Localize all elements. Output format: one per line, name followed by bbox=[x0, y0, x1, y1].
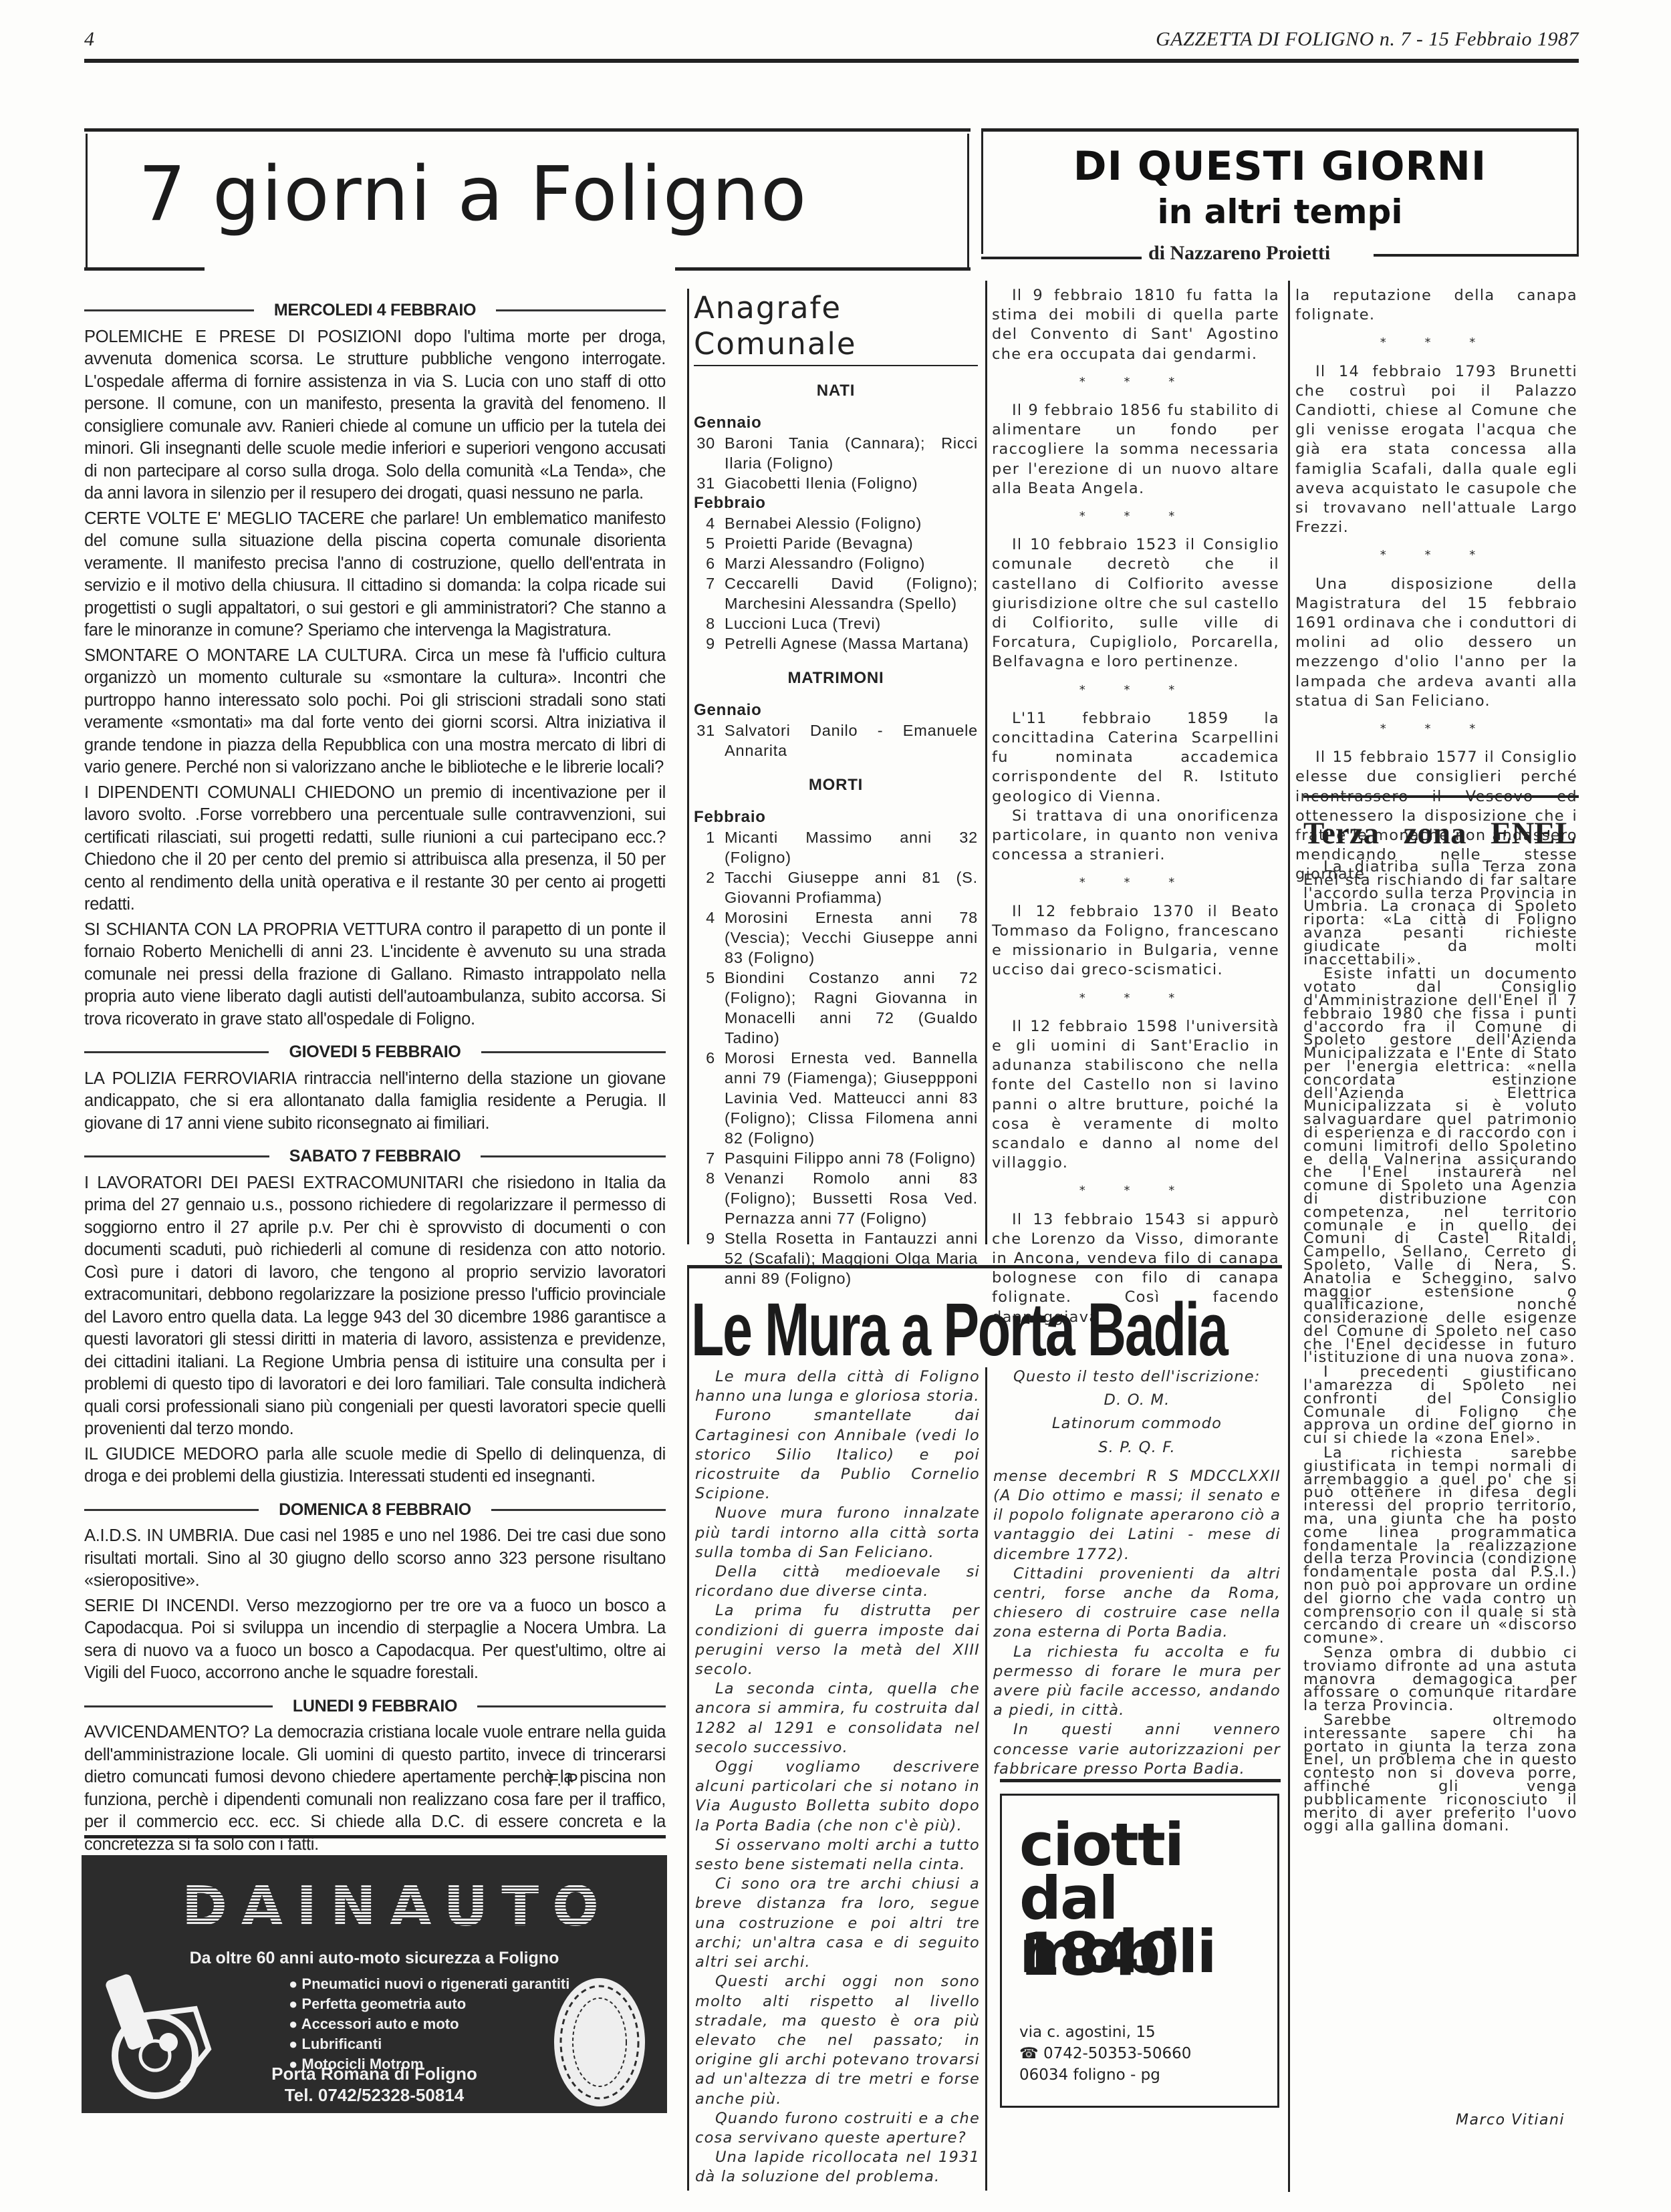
news-item: SMONTARE O MONTARE LA CULTURA. Circa un … bbox=[84, 645, 666, 779]
month-label: Gennaio bbox=[694, 413, 978, 433]
anagrafe-section: Anagrafe Comunale NATI Gennaio 30Baroni … bbox=[694, 290, 978, 1288]
ciotti-phone-line: ☎ 0742-50353-50660 bbox=[1019, 2043, 1191, 2064]
enel-body: La diatriba sulla Terza zona Enel sta ri… bbox=[1303, 861, 1577, 1834]
dq-entry: Il 9 febbraio 1810 fu fatta la stima dei… bbox=[992, 286, 1279, 364]
death-entry: 5Biondini Costanzo anni 72 (Foligno); Ra… bbox=[694, 968, 978, 1048]
nati-heading: NATI bbox=[694, 381, 978, 401]
ciotti-city: 06034 foligno - pg bbox=[1019, 2064, 1191, 2086]
separator: * * * bbox=[992, 873, 1279, 892]
sette-giorni-title: 7 giorni a Foligno bbox=[138, 151, 807, 238]
day-heading: LUNEDI 9 FEBBRAIO bbox=[84, 1695, 666, 1718]
dainauto-logo: DAINAUTO bbox=[182, 1875, 612, 1939]
dq-entry: Il 10 febbraio 1523 il Consiglio comunal… bbox=[992, 535, 1279, 672]
sette-giorni-signature: F. P bbox=[548, 1770, 578, 1790]
day-heading: MERCOLEDI 4 FEBBRAIO bbox=[84, 299, 666, 322]
tire-icon bbox=[549, 1975, 650, 2109]
dq-title-line2: in altri tempi bbox=[983, 192, 1577, 231]
dainauto-tagline: Da oltre 60 anni auto-moto sicurezza a F… bbox=[82, 1949, 667, 1968]
day-heading: GIOVEDI 5 FEBBRAIO bbox=[84, 1041, 666, 1064]
dainauto-services-list: ● Pneumatici nuovi o rigenerati garantit… bbox=[289, 1975, 569, 2073]
death-entry: 6Morosi Ernesta ved. Bannella anni 79 (F… bbox=[694, 1048, 978, 1148]
mura-column-1: Le mura della città di Foligno hanno una… bbox=[695, 1367, 980, 2187]
dq-entry: Si trattava di una onorificenza particol… bbox=[992, 807, 1279, 865]
dq-continuation: la reputazione della canapa folignate. bbox=[1295, 286, 1577, 325]
dq-entry: Il 9 febbraio 1856 fu stabilito di alime… bbox=[992, 401, 1279, 499]
birth-entry: 4Bernabei Alessio (Foligno) bbox=[694, 513, 978, 533]
month-label: Gennaio bbox=[694, 700, 978, 720]
enel-title: Terza zona ENEL bbox=[1303, 815, 1576, 851]
death-entry: 4Morosini Ernesta anni 78 (Vescia); Vecc… bbox=[694, 908, 978, 968]
inscription-line: D. O. M. bbox=[993, 1391, 1281, 1410]
column-rule-right bbox=[1288, 281, 1290, 2192]
enel-author: Marco Vitiani bbox=[1456, 2112, 1565, 2128]
ciotti-line3: mobili bbox=[1019, 1924, 1216, 1980]
death-entry: 2Tacchi Giuseppe anni 81 (S. Giovanni Pr… bbox=[694, 867, 978, 908]
inscription-line: S. P. Q. F. bbox=[993, 1438, 1281, 1458]
matrimoni-heading: MATRIMONI bbox=[694, 668, 978, 688]
birth-entry: 31Giacobetti Ilenia (Foligno) bbox=[694, 473, 978, 493]
dq-title-line1: DI QUESTI GIORNI bbox=[983, 143, 1577, 190]
service-item: ● Lubrificanti bbox=[289, 2036, 569, 2053]
dainauto-ad[interactable]: DAINAUTO Da oltre 60 anni auto-moto sicu… bbox=[82, 1855, 667, 2113]
sette-giorni-title-box: 7 giorni a Foligno bbox=[86, 134, 969, 267]
page-number: 4 bbox=[84, 28, 94, 51]
dq-column-1: Il 9 febbraio 1810 fu fatta la stima dei… bbox=[992, 286, 1279, 1327]
column-rule-anagrafe-left bbox=[687, 289, 689, 1244]
news-item: I DIPENDENTI COMUNALI CHIEDONO un premio… bbox=[84, 782, 666, 916]
ciotti-ad[interactable]: ciotti dal 1840 mobili via c. agostini, … bbox=[1000, 1794, 1279, 2108]
ad-top-rule bbox=[84, 1835, 666, 1838]
separator: * * * bbox=[1295, 545, 1577, 565]
telephone-icon: ☎ bbox=[1019, 2045, 1043, 2062]
sette-giorni-body: MERCOLEDI 4 FEBBRAIO POLEMICHE E PRESE D… bbox=[84, 289, 666, 1858]
publication-header: GAZZETTA DI FOLIGNO n. 7 - 15 Febbraio 1… bbox=[1156, 28, 1579, 51]
news-item: I LAVORATORI DEI PAESI EXTRACOMUNITARI c… bbox=[84, 1172, 666, 1441]
separator: * * * bbox=[1295, 333, 1577, 352]
birth-entry: 8Luccioni Luca (Trevi) bbox=[694, 613, 978, 634]
column-rule-dq-left bbox=[985, 281, 987, 1244]
death-entry: 9Stella Rosetta in Fantauzzi anni 52 (Sc… bbox=[694, 1228, 978, 1288]
news-item: LA POLIZIA FERROVIARIA rintraccia nell'i… bbox=[84, 1068, 666, 1135]
news-item: POLEMICHE E PRESE DI POSIZIONI dopo l'ul… bbox=[84, 326, 666, 505]
birth-entry: 5Proietti Paride (Bevagna) bbox=[694, 533, 978, 553]
morti-heading: MORTI bbox=[694, 775, 978, 795]
mura-top-rule bbox=[687, 1265, 1282, 1268]
birth-entry: 6Marzi Alessandro (Foligno) bbox=[694, 553, 978, 573]
enel-top-rule bbox=[1303, 795, 1579, 798]
inscription-line: Latinorum commodo bbox=[993, 1414, 1281, 1433]
service-item: ● Pneumatici nuovi o rigenerati garantit… bbox=[289, 1975, 569, 1993]
dq-entry: Il 14 febbraio 1793 Brunetti che costruì… bbox=[1295, 362, 1577, 538]
dq-entry: L'11 febbraio 1859 la concittadina Cater… bbox=[992, 709, 1279, 807]
title-top-rule bbox=[84, 128, 971, 132]
marriage-entry: 31Salvatori Danilo - Emanuele Annarita bbox=[694, 720, 978, 761]
news-item: IL GIUDICE MEDORO parla alle scuole medi… bbox=[84, 1443, 666, 1488]
dq-byline: di Nazzareno Proietti bbox=[1148, 242, 1330, 265]
month-label: Febbraio bbox=[694, 807, 978, 827]
ciotti-address: via c. agostini, 15 bbox=[1019, 2022, 1191, 2043]
news-item: SI SCHIANTA CON LA PROPRIA VETTURA contr… bbox=[84, 919, 666, 1031]
birth-entry: 9Petrelli Agnese (Massa Martana) bbox=[694, 634, 978, 654]
service-item: ● Perfetta geometria auto bbox=[289, 1995, 569, 2013]
separator: * * * bbox=[992, 507, 1279, 526]
mura-title: Le Mura a Porta Badia bbox=[691, 1286, 1227, 1373]
mura-rule-mid bbox=[985, 1367, 987, 2191]
month-label: Febbraio bbox=[694, 493, 978, 513]
news-item: CERTE VOLTE E' MEGLIO TACERE che parlare… bbox=[84, 508, 666, 642]
dq-title-box: DI QUESTI GIORNI in altri tempi bbox=[981, 131, 1579, 254]
day-heading: SABATO 7 FEBBRAIO bbox=[84, 1145, 666, 1168]
separator: * * * bbox=[992, 1181, 1279, 1200]
header-rule bbox=[84, 59, 1579, 63]
service-item: ● Accessori auto e moto bbox=[289, 2016, 569, 2033]
mura-column-2: Questo il testo dell'iscrizione: D. O. M… bbox=[993, 1367, 1281, 1779]
dq-entry: Il 12 febbraio 1370 il Beato Tommaso da … bbox=[992, 902, 1279, 980]
news-item: SERIE DI INCENDI. Verso mezzogiorno per … bbox=[84, 1595, 666, 1685]
mura-rule-left bbox=[687, 1268, 689, 2191]
birth-entry: 7Ceccarelli David (Foligno); Marchesini … bbox=[694, 573, 978, 613]
ciotti-top-rule bbox=[1000, 1779, 1281, 1782]
dq-byline-rule-right bbox=[1374, 254, 1579, 257]
separator: * * * bbox=[992, 988, 1279, 1008]
dq-byline-rule-left bbox=[981, 257, 1142, 259]
death-entry: 1Micanti Massimo anni 32 (Foligno) bbox=[694, 827, 978, 867]
separator: * * * bbox=[1295, 719, 1577, 738]
separator: * * * bbox=[992, 372, 1279, 392]
news-item: A.I.D.S. IN UMBRIA. Due casi nel 1985 e … bbox=[84, 1525, 666, 1593]
death-entry: 7Pasquini Filippo anni 78 (Foligno) bbox=[694, 1148, 978, 1168]
title-bottom-rule-left bbox=[84, 267, 205, 271]
dq-entry: Il 12 febbraio 1598 l'università e gli u… bbox=[992, 1017, 1279, 1173]
death-entry: 8Venanzi Romolo anni 83 (Foligno); Busse… bbox=[694, 1168, 978, 1228]
anagrafe-title: Anagrafe Comunale bbox=[694, 290, 978, 366]
separator: * * * bbox=[992, 680, 1279, 700]
birth-entry: 30Baroni Tania (Cannara); Ricci Ilaria (… bbox=[694, 433, 978, 473]
ciotti-contact: via c. agostini, 15 ☎ 0742-50353-50660 0… bbox=[1019, 2022, 1191, 2086]
day-heading: DOMENICA 8 FEBBRAIO bbox=[84, 1499, 666, 1522]
title-bottom-rule-right bbox=[675, 267, 971, 271]
dq-entry: Una disposizione della Magistratura del … bbox=[1295, 575, 1577, 711]
